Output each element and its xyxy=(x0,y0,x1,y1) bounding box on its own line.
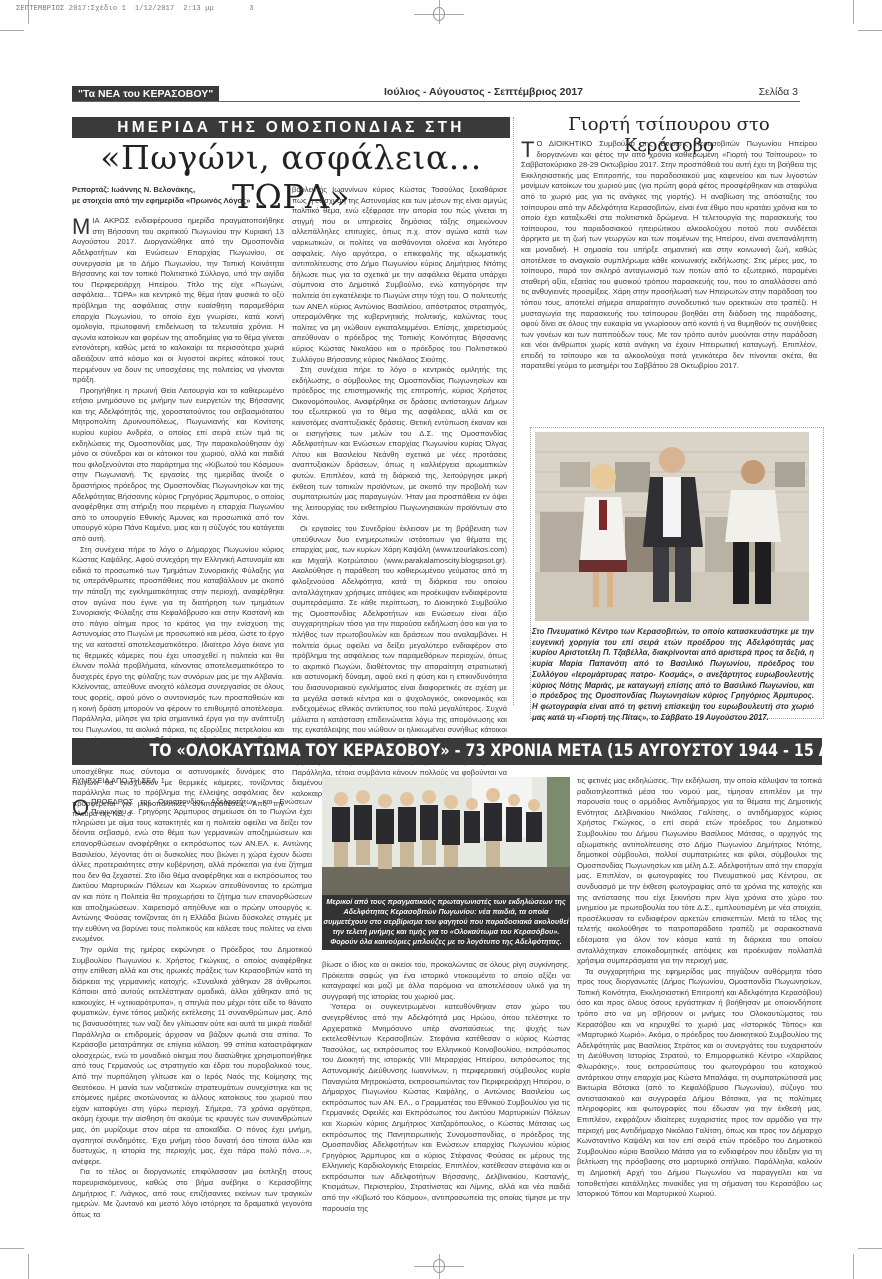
banner-text: ΤΟ «ΟΛΟΚΑΥΤΩΜΑ ΤΟΥ ΚΕΡΑΣΟΒΟΥ» - 73 ΧΡΟΝΙ… xyxy=(150,738,882,765)
print-slug: ΣΕΠΤΕΜΒΡΙΟΣ 2017:Σχέδιο 1 1/12/2017 2:13… xyxy=(16,5,254,13)
photo-caption: Μερικοί από τους πραγματικούς πρωταγωνισ… xyxy=(322,895,570,950)
page-number: Σελίδα 3 xyxy=(759,86,798,98)
photo-illustration xyxy=(322,777,570,895)
issue-date: Ιούλιος - Αύγουστος - Σεπτέμβριος 2017 xyxy=(384,86,583,98)
column-divider xyxy=(513,117,515,705)
photo-illustration xyxy=(535,432,809,621)
article2-body: ΤΟ ΔΙΟΙΚΗΤΙΚΟ Συμβούλιο της Ένωσης Κερασ… xyxy=(521,139,817,372)
dropcap: Τ xyxy=(521,140,534,159)
article1-column-1: Ρεπορτάζ: Ιωάννης Ν. Βελονάκης,με στοιχε… xyxy=(72,185,284,820)
article3-column-1: ΣΥΝΕΧΕΙΑ ΑΠΟ ΤΗ ΣΕΛ. 1 ΟΠΡΟΕΔΡΟΣ της Ομο… xyxy=(72,776,312,1220)
header-rule xyxy=(72,101,800,102)
crop-mark xyxy=(853,0,854,24)
article1-column-2: βουλευτής Ιωαννίνων κύριος Κώστας Τασούλ… xyxy=(292,185,507,799)
article3-paragraph: Ύστερα οι συγκεντρωμένοι κατευθύνθηκαν σ… xyxy=(322,1002,570,1214)
photo-three-people xyxy=(535,432,809,621)
photo-youth-group xyxy=(322,777,570,895)
crop-mark xyxy=(28,1254,29,1279)
article3-paragraph: Για το τέλος οι διοργανωτές επιφύλασσαν … xyxy=(72,1167,312,1220)
article3-paragraph: βίωσε ο ίδιος και οι αικείοι του, προκαλ… xyxy=(322,960,570,1002)
continued-from: ΣΥΝΕΧΕΙΑ ΑΠΟ ΤΗ ΣΕΛ. 1 xyxy=(72,776,312,787)
crop-mark xyxy=(28,0,29,24)
article1-paragraph: Στη συνέχεια πήρε το λόγο ο κεντρικός ομ… xyxy=(292,365,507,524)
article1-paragraph: ΜΙΑ ΑΚΡΩΣ ενδιαφέρουσα ημερίδα πραγματοπ… xyxy=(72,216,284,386)
dropcap: Μ xyxy=(72,217,90,236)
article3-paragraph: ΟΠΡΟΕΔΡΟΣ της Ομοσπονδίας Αδελφοτήτων κα… xyxy=(72,797,312,945)
registration-mark-circle xyxy=(433,1259,445,1273)
article1-paragraph: βουλευτής Ιωαννίνων κύριος Κώστας Τασούλ… xyxy=(292,185,507,365)
article3-paragraph: Την ομιλία της ημέρας εκφώνησε ο Πρόεδρο… xyxy=(72,945,312,1167)
article1-paragraph: Προηγήθηκε η πρωινή Θεία Λειτουργία και … xyxy=(72,386,284,545)
article3-column-3: τις φετινές μας εκδηλώσεις. Την εκδήλωση… xyxy=(577,776,822,1200)
article3-column-2: βίωσε ο ίδιος και οι αικείοι του, προκαλ… xyxy=(322,960,570,1214)
byline: Ρεπορτάζ: Ιωάννης Ν. Βελονάκης,με στοιχε… xyxy=(72,185,284,206)
article1-paragraph: Στη συνέχεια πήρε το λόγο ο Δήμαρχος Πωγ… xyxy=(72,545,284,746)
dropcap: Ο xyxy=(72,798,89,817)
article3-paragraph: τις φετινές μας εκδηλώσεις. Την εκδήλωση… xyxy=(577,776,822,967)
crop-mark xyxy=(853,1254,854,1279)
article3-paragraph: Τα συγχαρητήρια της εφημερίδας μας πηγάζ… xyxy=(577,967,822,1200)
article2-paragraph: ΤΟ ΔΙΟΙΚΗΤΙΚΟ Συμβούλιο της Ένωσης Κερασ… xyxy=(521,139,817,372)
photo-caption: Στο Πνευματικό Κέντρο των Κερασοβιτών, τ… xyxy=(532,627,814,723)
crop-mark xyxy=(858,30,882,31)
registration-mark-circle xyxy=(433,7,445,21)
crop-mark xyxy=(0,1248,24,1249)
publication-name: "Τα ΝΕΑ του ΚΕΡΑΣΟΒΟΥ" xyxy=(72,86,219,102)
crop-mark xyxy=(858,1248,882,1249)
article1-kicker: ΗΜΕΡΙΔΑ ΤΗΣ ΟΜΟΣΠΟΝΔΙΑΣ ΣΤΗ ΒΗΣΣΑΝΗ xyxy=(72,117,510,138)
crop-mark xyxy=(0,30,24,31)
article3-banner: ΤΟ «ΟΛΟΚΑΥΤΩΜΑ ΤΟΥ ΚΕΡΑΣΟΒΟΥ» - 73 ΧΡΟΝΙ… xyxy=(72,738,822,765)
